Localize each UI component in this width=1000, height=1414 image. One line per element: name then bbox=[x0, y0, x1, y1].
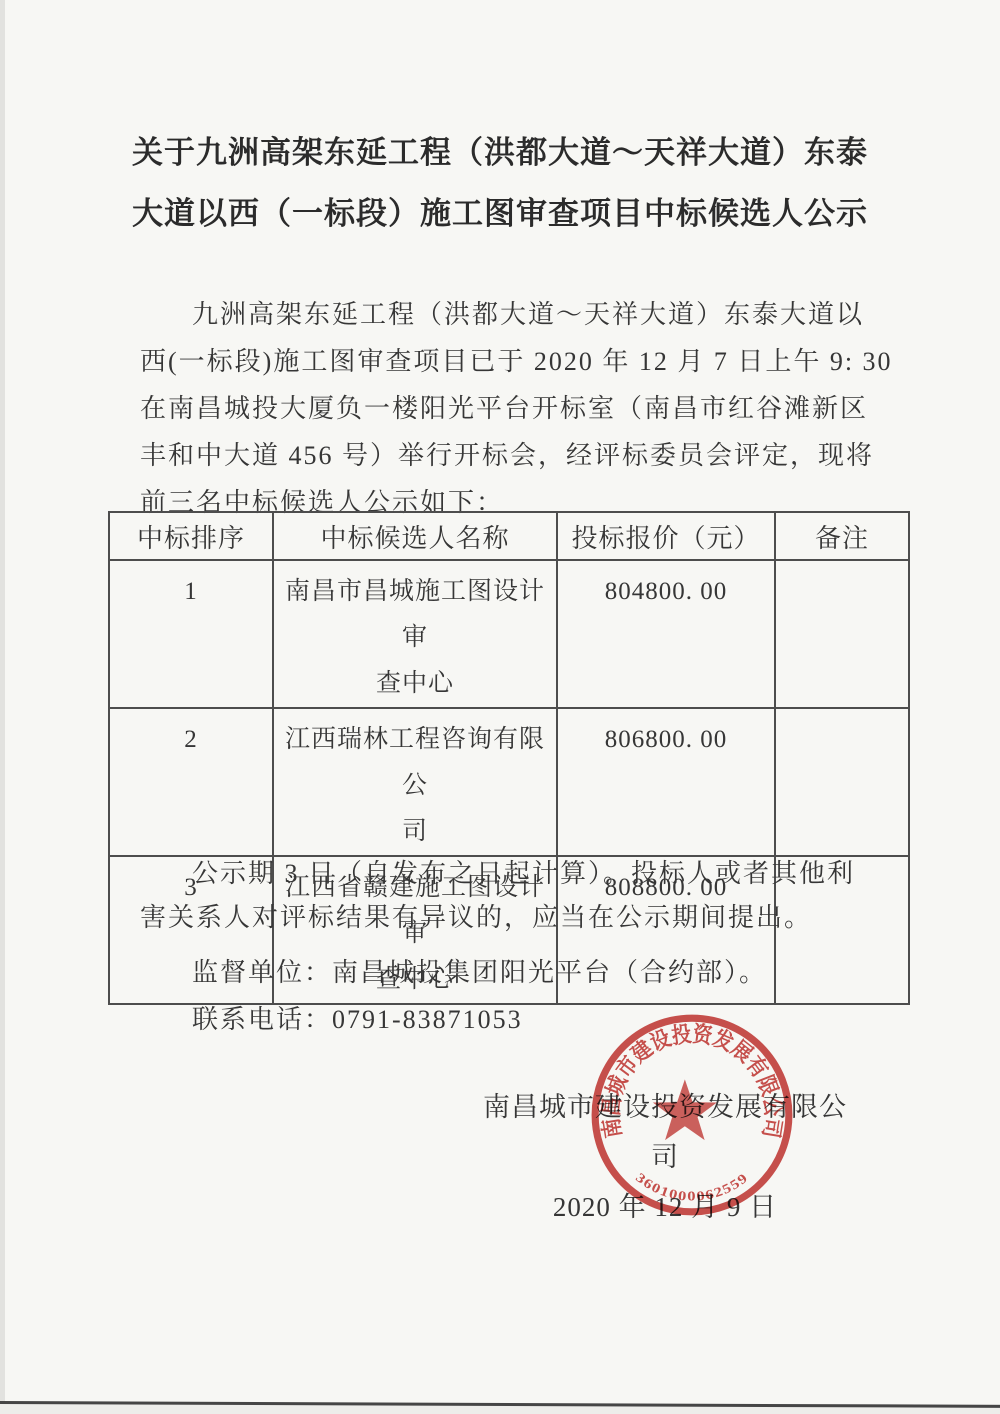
remark-cell bbox=[775, 560, 909, 708]
intro-line: 西(一标段)施工图审查项目已于 2020 年 12 月 7 日上午 9: 30 bbox=[140, 338, 876, 385]
intro-paragraph: 九洲高架东延工程（洪都大道～天祥大道）东泰大道以 西(一标段)施工图审查项目已于… bbox=[140, 291, 876, 526]
bid-price-cell: 806800. 00 bbox=[557, 708, 775, 856]
supervision-unit: 监督单位：南昌城投集团阳光平台（合约部）。 bbox=[140, 952, 876, 989]
table-row: 2 江西瑞林工程咨询有限公 司 806800. 00 bbox=[109, 708, 909, 856]
remark-cell bbox=[775, 708, 909, 856]
table-header-row: 中标排序 中标候选人名称 投标报价（元） 备注 bbox=[109, 512, 909, 560]
candidate-name-cell: 江西瑞林工程咨询有限公 司 bbox=[273, 708, 557, 856]
candidate-name-cell: 南昌市昌城施工图设计审 查中心 bbox=[273, 560, 557, 708]
header-rank: 中标排序 bbox=[109, 512, 273, 560]
official-seal: 南昌城市建设投资发展有限公司 3601000062559 bbox=[588, 1011, 796, 1219]
rank-cell: 1 bbox=[109, 560, 273, 708]
header-remark: 备注 bbox=[775, 512, 909, 560]
seal-serial: 3601000062559 bbox=[633, 1170, 751, 1204]
notice-line: 公示期 3 日（自发布之日起计算）。投标人或者其他利 bbox=[140, 852, 876, 896]
title-line-1: 关于九洲高架东延工程（洪都大道～天祥大道）东泰 bbox=[0, 122, 1000, 183]
notice-line: 害关系人对评标结果有异议的，应当在公示期间提出。 bbox=[140, 896, 876, 940]
table-row: 1 南昌市昌城施工图设计审 查中心 804800. 00 bbox=[109, 560, 909, 708]
intro-line: 丰和中大道 456 号）举行开标会，经评标委员会评定，现将 bbox=[140, 432, 876, 479]
intro-line: 九洲高架东延工程（洪都大道～天祥大道）东泰大道以 bbox=[140, 291, 876, 338]
header-candidate-name: 中标候选人名称 bbox=[273, 512, 557, 560]
bid-price-cell: 804800. 00 bbox=[557, 560, 775, 708]
title-line-2: 大道以西（一标段）施工图审查项目中标候选人公示 bbox=[0, 183, 1000, 244]
notice-paragraph: 公示期 3 日（自发布之日起计算）。投标人或者其他利 害关系人对评标结果有异议的… bbox=[140, 852, 876, 940]
header-bid-price: 投标报价（元） bbox=[557, 512, 775, 560]
scanned-document-page: 关于九洲高架东延工程（洪都大道～天祥大道）东泰 大道以西（一标段）施工图审查项目… bbox=[0, 0, 1000, 1414]
seal-star-icon bbox=[653, 1079, 717, 1140]
document-title: 关于九洲高架东延工程（洪都大道～天祥大道）东泰 大道以西（一标段）施工图审查项目… bbox=[0, 122, 1000, 244]
rank-cell: 2 bbox=[109, 708, 273, 856]
intro-line: 在南昌城投大厦负一楼阳光平台开标室（南昌市红谷滩新区 bbox=[140, 385, 876, 432]
